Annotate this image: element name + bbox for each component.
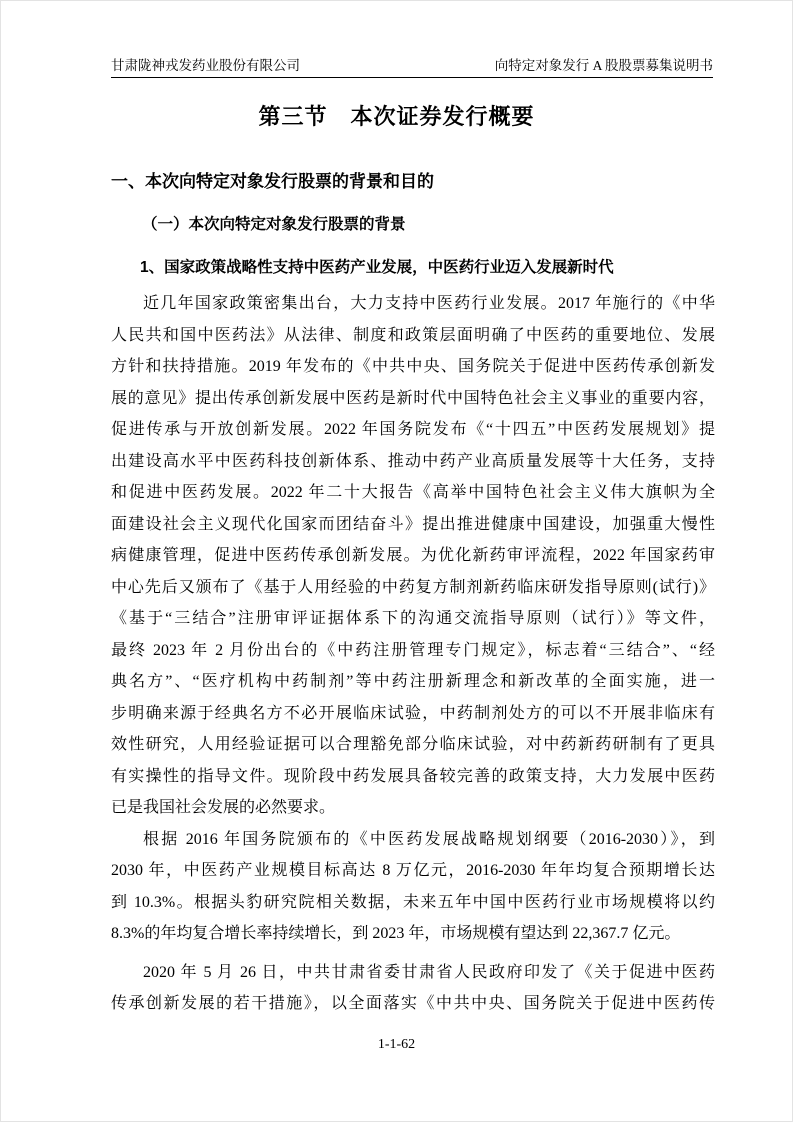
section-title: 第三节 本次证券发行概要 (1, 102, 792, 132)
text-line: 效性研究，人用经验证据可以合理豁免部分临床试验，对中药新药研制有了更具 (111, 729, 715, 761)
text-line: 2020 年 5 月 26 日，中共甘肃省委甘肃省人民政府印发了《关于促进中医药 (111, 957, 715, 989)
body-paragraphs: 近几年国家政策密集出台，大力支持中医药行业发展。2017 年施行的《中华人民共和… (111, 288, 715, 1020)
text-line: 和促进中医药发展。2022 年二十大报告《高举中国特色社会主义伟大旗帜为全 (111, 477, 715, 509)
text-line: 传承创新发展的若干措施》，以全面落实《中共中央、国务院关于促进中医药传 (111, 988, 715, 1020)
text-line: 方针和扶持措施。2019 年发布的《中共中央、国务院关于促进中医药传承创新发 (111, 351, 715, 383)
header-divider (111, 77, 713, 78)
text-line: 根据 2016 年国务院颁布的《中医药发展战略规划纲要（2016-2030）》，… (111, 824, 715, 856)
text-line: 近几年国家政策密集出台，大力支持中医药行业发展。2017 年施行的《中华 (111, 288, 715, 320)
paragraph: 2020 年 5 月 26 日，中共甘肃省委甘肃省人民政府印发了《关于促进中医药… (111, 957, 715, 1020)
text-line: 出建设高水平中医药科技创新体系、推动中药产业高质量发展等十大任务，支持 (111, 446, 715, 478)
text-line: 病健康管理，促进中医药传承创新发展。为优化新药审评流程，2022 年国家药审 (111, 540, 715, 572)
text-line: 面建设社会主义现代化国家而团结奋斗》提出推进健康中国建设，加强重大慢性 (111, 509, 715, 541)
header-doc-type: 向特定对象发行 A 股股票募集说明书 (495, 57, 713, 74)
text-line: 《基于“三结合”注册审评证据体系下的沟通交流指导原则（试行）》等文件， (111, 603, 715, 635)
running-header: 甘肃陇神戎发药业股份有限公司 向特定对象发行 A 股股票募集说明书 (111, 57, 713, 74)
text-line: 中心先后又颁布了《基于人用经验的中药复方制剂新药临床研发指导原则(试行)》 (111, 572, 715, 604)
text-line: 人民共和国中医药法》从法律、制度和政策层面明确了中医药的重要地位、发展 (111, 320, 715, 352)
heading-level2: （一）本次向特定对象发行股票的背景 (142, 215, 406, 235)
text-line: 有实操性的指导文件。现阶段中药发展具备较完善的政策支持，大力发展中医药 (111, 761, 715, 793)
text-line: 步明确来源于经典名方不必开展临床试验，中药制剂处方的可以不开展非临床有 (111, 698, 715, 730)
paragraph: 近几年国家政策密集出台，大力支持中医药行业发展。2017 年施行的《中华人民共和… (111, 288, 715, 824)
header-company-name: 甘肃陇神戎发药业股份有限公司 (111, 57, 300, 74)
document-page: 甘肃陇神戎发药业股份有限公司 向特定对象发行 A 股股票募集说明书 第三节 本次… (0, 0, 793, 1122)
paragraph: 根据 2016 年国务院颁布的《中医药发展战略规划纲要（2016-2030）》，… (111, 824, 715, 950)
heading-level1: 一、本次向特定对象发行股票的背景和目的 (111, 171, 434, 193)
text-line: 促进传承与开放创新发展。2022 年国务院发布《“十四五”中医药发展规划》提 (111, 414, 715, 446)
text-line: 8.3%的年均复合增长率持续增长，到 2023 年，市场规模有望达到 22,36… (111, 918, 715, 950)
text-line: 最终 2023 年 2 月份出台的《中药注册管理专门规定》，标志着“三结合”、“… (111, 635, 715, 667)
text-line: 展的意见》提出传承创新发展中医药是新时代中国特色社会主义事业的重要内容， (111, 383, 715, 415)
text-line: 2030 年，中医药产业规模目标高达 8 万亿元，2016-2030 年年均复合… (111, 855, 715, 887)
text-line: 到 10.3%。根据头豹研究院相关数据，未来五年中国中医药行业市场规模将以约 (111, 887, 715, 919)
text-line: 典名方”、“医疗机构中药制剂”等中药注册新理念和新改革的全面实施，进一 (111, 666, 715, 698)
text-line: 已是我国社会发展的必然要求。 (111, 792, 715, 824)
heading-level3: 1、国家政策战略性支持中医药产业发展，中医药行业迈入发展新时代 (140, 258, 614, 278)
page-number: 1-1-62 (1, 1037, 792, 1053)
